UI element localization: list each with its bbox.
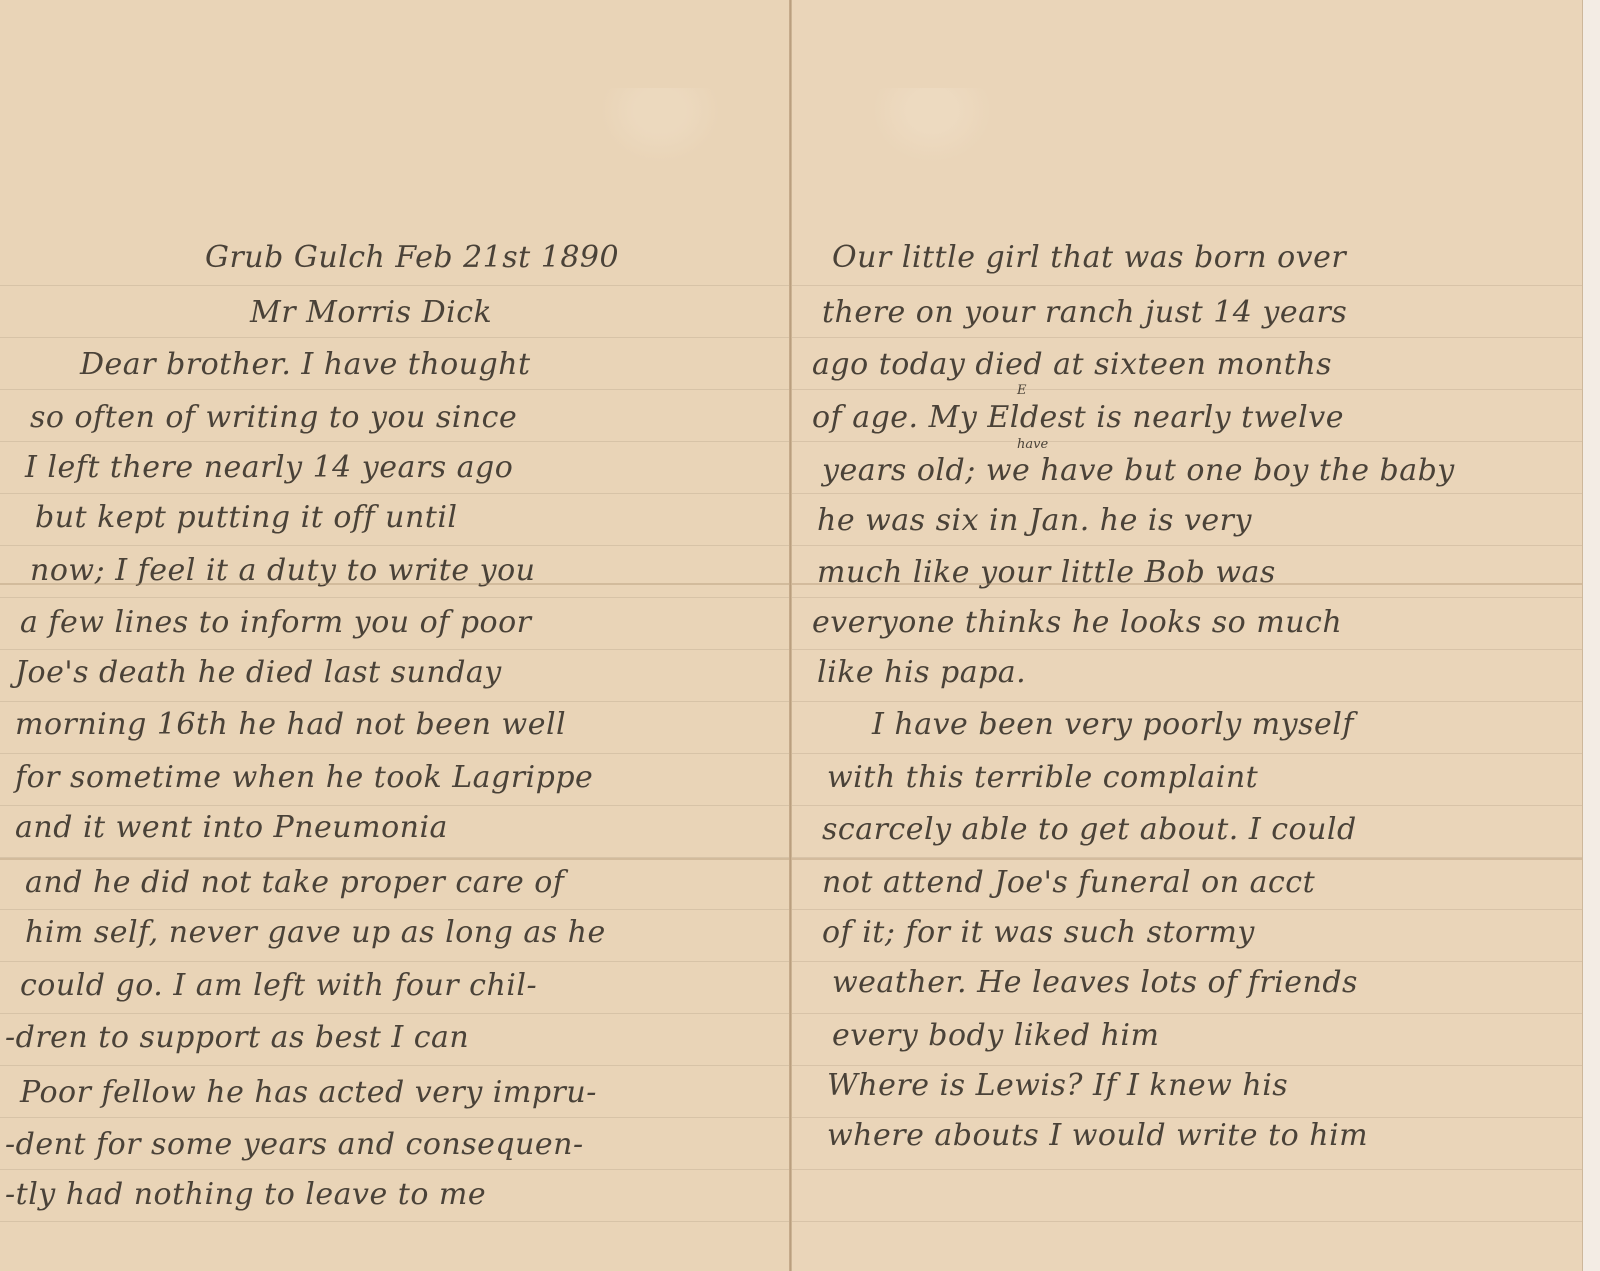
letter-line: years old; we have but one boy the baby — [822, 453, 1455, 488]
letter-line: and he did not take proper care of — [25, 865, 564, 900]
letter-line: -dent for some years and consequen- — [5, 1127, 584, 1162]
letter-recipient: Mr Morris Dick — [250, 295, 492, 330]
letter-line: morning 16th he had not been well — [15, 707, 566, 742]
letter-line: where abouts I would write to him — [827, 1118, 1368, 1153]
letter-line: Poor fellow he has acted very impru- — [20, 1075, 597, 1110]
letter-line: everyone thinks he looks so much — [812, 605, 1342, 640]
letter-line: not attend Joe's funeral on acct — [822, 865, 1315, 900]
center-fold-crease — [789, 0, 792, 1271]
letter-line: so often of writing to you since — [30, 400, 517, 435]
letter-line: him self, never gave up as long as he — [25, 915, 606, 950]
letter-line: and it went into Pneumonia — [15, 810, 448, 845]
left-page: Grub Gulch Feb 21st 1890 Mr Morris Dick … — [0, 0, 790, 1271]
letter-line: like his papa. — [817, 655, 1026, 690]
letter-line: Dear brother. I have thought — [80, 347, 531, 382]
letter-line: for sometime when he took Lagrippe — [15, 760, 593, 795]
letter-line: Joe's death he died last sunday — [15, 655, 502, 690]
letter-line: there on your ranch just 14 years — [822, 295, 1347, 330]
letter-line: Our little girl that was born over — [832, 240, 1346, 275]
letter-line: but kept putting it off until — [35, 500, 458, 535]
letter-line: every body liked him — [832, 1018, 1159, 1053]
embossed-letterhead-mark — [872, 88, 992, 163]
letter-line: could go. I am left with four chil- — [20, 968, 537, 1003]
inserted-word-note: have — [1017, 437, 1048, 452]
letter-line: -dren to support as best I can — [5, 1020, 469, 1055]
letter-line: weather. He leaves lots of friends — [832, 965, 1358, 1000]
scan-edge — [1582, 0, 1600, 1271]
letter-line: -tly had nothing to leave to me — [5, 1177, 486, 1212]
letter-line: ago today died at sixteen months — [812, 347, 1332, 382]
letter-line: with this terrible complaint — [827, 760, 1258, 795]
inserted-letter-note: E — [1017, 383, 1027, 398]
letter-place-date: Grub Gulch Feb 21st 1890 — [205, 240, 619, 275]
letter-line: Where is Lewis? If I knew his — [827, 1068, 1288, 1103]
letter-scan: Grub Gulch Feb 21st 1890 Mr Morris Dick … — [0, 0, 1600, 1271]
letter-line: of it; for it was such stormy — [822, 915, 1255, 950]
embossed-letterhead-mark — [600, 88, 720, 163]
letter-line: I left there nearly 14 years ago — [25, 450, 513, 485]
letter-line: he was six in Jan. he is very — [817, 503, 1252, 538]
letter-line: a few lines to inform you of poor — [20, 605, 532, 640]
letter-line: scarcely able to get about. I could — [822, 812, 1357, 847]
letter-line: of age. My Eldest is nearly twelve — [812, 400, 1344, 435]
right-page: Our little girl that was born over there… — [792, 0, 1582, 1271]
letter-line: I have been very poorly myself — [872, 707, 1354, 742]
